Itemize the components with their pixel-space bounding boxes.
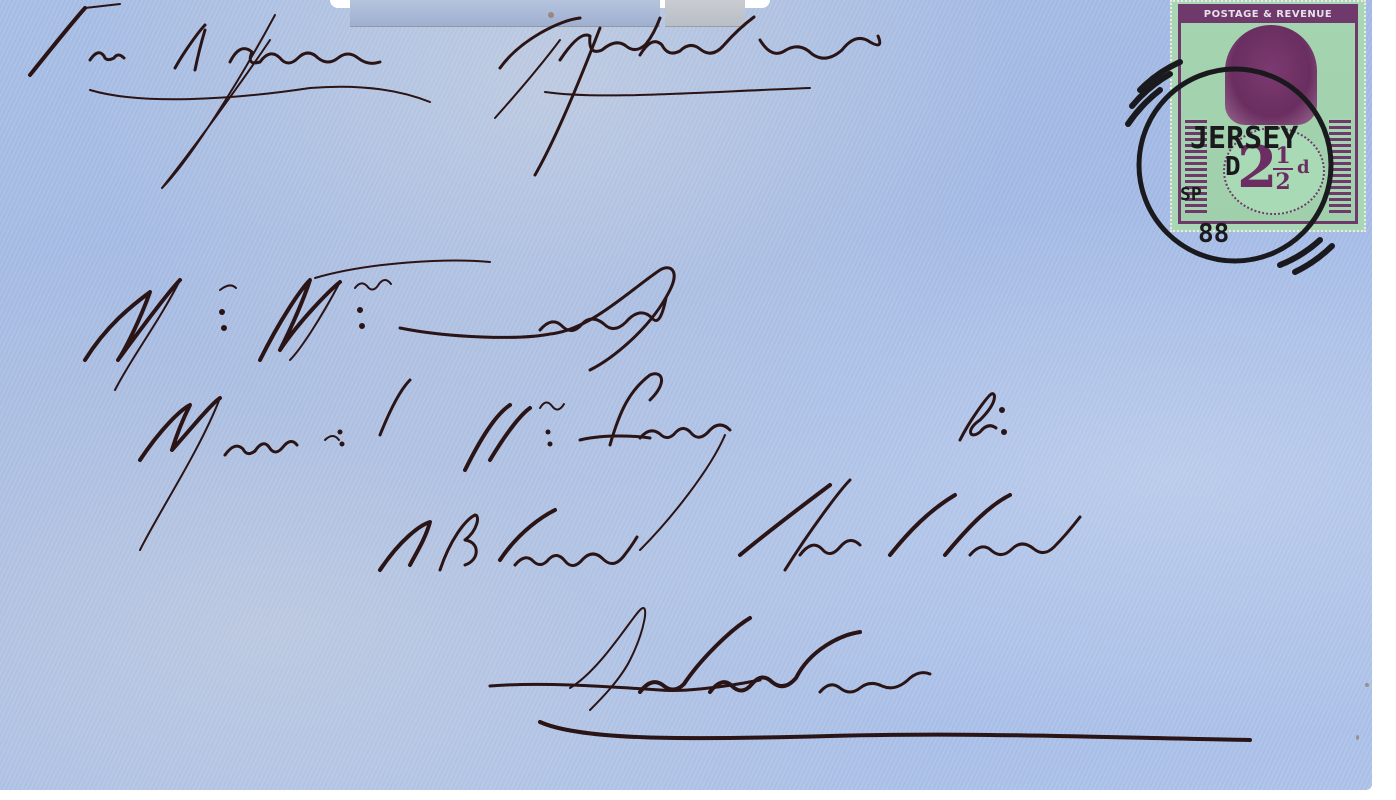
envelope-flap-fragment	[350, 0, 660, 27]
address-line-1-handwriting	[70, 250, 830, 410]
stamp-border-ornament	[1185, 117, 1207, 213]
stamp-value-unit: d	[1297, 157, 1310, 178]
address-line-4-handwriting	[480, 600, 1280, 760]
address-line-1: Mr. Wm. Dicad	[0, 0, 1, 1]
address-line-3-handwriting	[370, 470, 1150, 590]
routing-note: Via St Johns Newfdland	[0, 0, 1, 1]
stamp-value-fraction: 1 2	[1273, 145, 1293, 193]
stamp-border-ornament	[1329, 117, 1351, 213]
queen-portrait-icon	[1225, 25, 1317, 125]
stamp-value-denominator: 2	[1275, 169, 1290, 195]
address-line-4: Labrador	[0, 0, 1, 1]
address-line-3: Blanc Sablon	[0, 0, 1, 1]
envelope: Via St Johns Newfdland Mr. Wm. Dicad	[0, 0, 1372, 790]
envelope-flap-fragment	[665, 0, 745, 27]
stamp-frame: POSTAGE & REVENUE 2 1 2 d	[1178, 4, 1358, 224]
routing-note-handwriting	[0, 0, 930, 200]
stamp-header: POSTAGE & REVENUE	[1181, 7, 1355, 23]
stamp-value-numerator: 1	[1275, 143, 1290, 169]
address-line-2: Messrs. Wm. Fruing & Co.	[0, 0, 1, 1]
foxing-spot	[548, 12, 554, 18]
stamp-value-whole: 2	[1237, 135, 1277, 199]
postage-stamp: POSTAGE & REVENUE 2 1 2 d	[1170, 0, 1366, 232]
foxing-spot	[1365, 683, 1369, 687]
address-line-2-handwriting	[130, 360, 1130, 560]
foxing-spot	[1356, 735, 1359, 740]
